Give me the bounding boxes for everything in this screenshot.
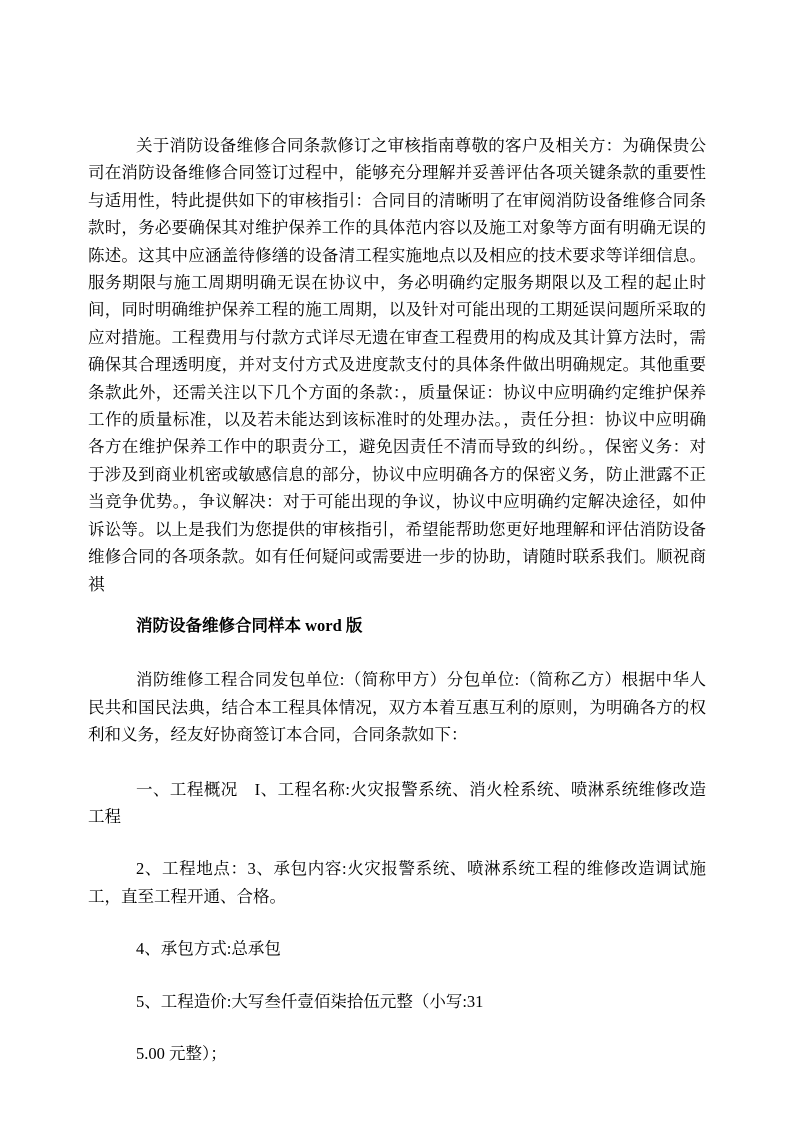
clause-contracting-mode: 4、承包方式:总承包: [88, 935, 706, 962]
clause-project-cost: 5、工程造价:大写叁仟壹佰柒拾伍元整（小写:31: [88, 988, 706, 1015]
clause-cost-continuation: 5.00 元整）；: [88, 1040, 706, 1067]
clause-location-and-scope: 2、工程地点：3、承包内容:火灾报警系统、喷淋系统工程的维修改造调试施工，直至工…: [88, 855, 706, 910]
document-body: 关于消防设备维修合同条款修订之审核指南尊敬的客户及相关方：为确保贵公司在消防设备…: [88, 132, 706, 1067]
sample-version-title: 消防设备维修合同样本 word 版: [88, 612, 706, 639]
contract-preamble-paragraph: 消防维修工程合同发包单位:（简称甲方）分包单位:（简称乙方）根据中华人民共和国民…: [88, 666, 706, 748]
intro-review-guide-paragraph: 关于消防设备维修合同条款修订之审核指南尊敬的客户及相关方：为确保贵公司在消防设备…: [88, 132, 706, 598]
document-page: 关于消防设备维修合同条款修订之审核指南尊敬的客户及相关方：为确保贵公司在消防设备…: [0, 0, 793, 1122]
clause-project-overview: 一、工程概况 I、工程名称:火灾报警系统、消火栓系统、喷淋系统维修改造工程: [88, 776, 706, 831]
